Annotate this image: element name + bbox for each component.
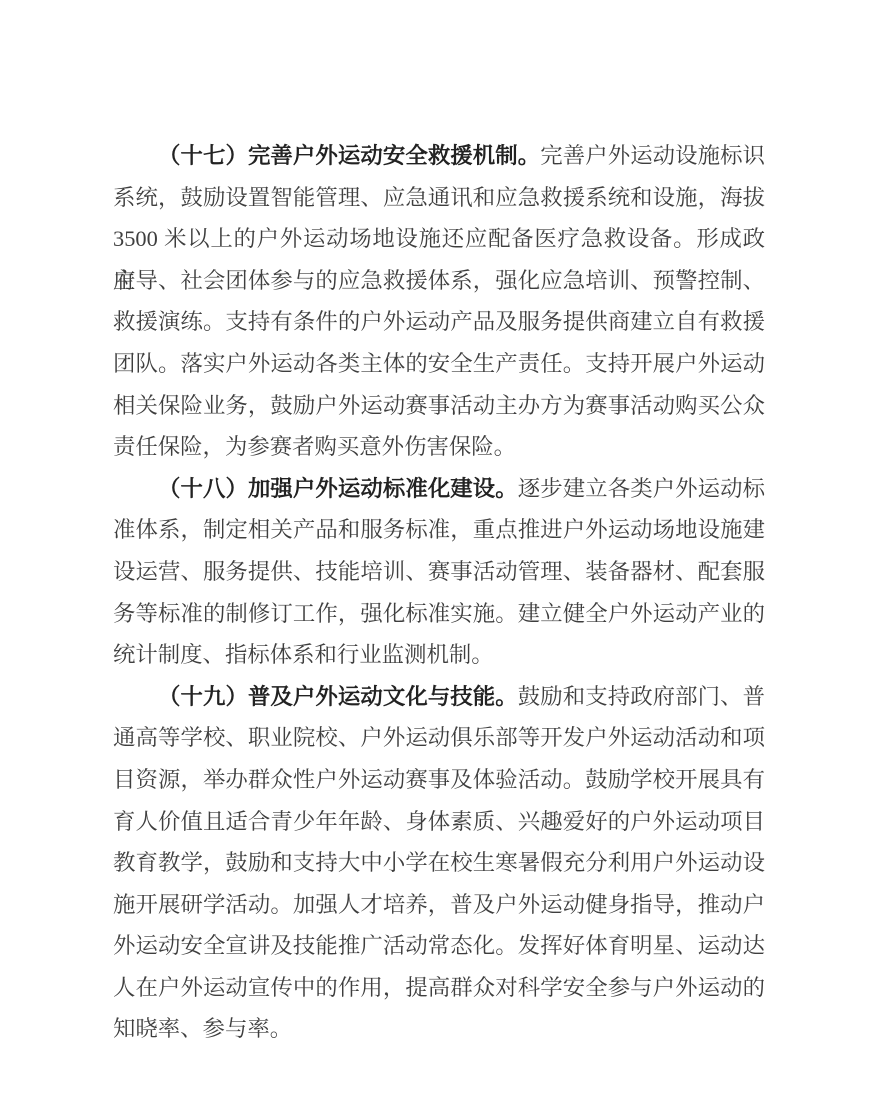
text-line: 外运动安全宣讲及技能推广活动常态化。发挥好体育明星、运动达 [113, 925, 765, 967]
text-line: 责任保险，为参赛者购买意外伤害保险。 [113, 426, 765, 468]
text-line: 知晓率、参与率。 [113, 1008, 765, 1050]
line-text: 统计制度、指标体系和行业监测机制。 [113, 642, 494, 667]
text-line: 统计制度、指标体系和行业监测机制。 [113, 634, 765, 676]
text-line: 人在户外运动宣传中的作用，提高群众对科学安全参与户外运动的 [113, 967, 765, 1009]
line-text: 救援演练。支持有条件的户外运动产品及服务提供商建立自有救援 [113, 309, 765, 334]
line-text: 鼓励和支持政府部门、普 [518, 684, 765, 709]
line-text: 育人价值且适合青少年年龄、身体素质、兴趣爱好的户外运动项目 [113, 809, 765, 834]
line-text: 人在户外运动宣传中的作用，提高群众对科学安全参与户外运动的 [113, 975, 765, 1000]
text-line: 主导、社会团体参与的应急救援体系，强化应急培训、预警控制、 [113, 260, 765, 302]
text-line: （十七）完善户外运动安全救援机制。完善户外运动设施标识 [113, 135, 765, 177]
line-text: 外运动安全宣讲及技能推广活动常态化。发挥好体育明星、运动达 [113, 933, 765, 958]
section-heading: （十八）加强户外运动标准化建设。 [158, 476, 518, 501]
line-text: 主导、社会团体参与的应急救援体系，强化应急培训、预警控制、 [113, 268, 765, 293]
text-line: 施开展研学活动。加强人才培养，普及户外运动健身指导，推动户 [113, 884, 765, 926]
text-line: （十九）普及户外运动文化与技能。鼓励和支持政府部门、普 [113, 676, 765, 718]
text-line: 准体系，制定相关产品和服务标准，重点推进户外运动场地设施建 [113, 509, 765, 551]
text-line: 育人价值且适合青少年年龄、身体素质、兴趣爱好的户外运动项目 [113, 801, 765, 843]
line-text: 知晓率、参与率。 [113, 1016, 292, 1041]
line-text: 施开展研学活动。加强人才培养，普及户外运动健身指导，推动户 [113, 892, 765, 917]
line-text: 系统，鼓励设置智能管理、应急通讯和应急救援系统和设施，海拔 [113, 185, 765, 210]
line-text: 完善户外运动设施标识 [540, 143, 765, 168]
line-text: 目资源，举办群众性户外运动赛事及体验活动。鼓励学校开展具有 [113, 767, 765, 792]
text-line: 相关保险业务，鼓励户外运动赛事活动主办方为赛事活动购买公众 [113, 385, 765, 427]
line-text: 设运营、服务提供、技能培训、赛事活动管理、装备器材、配套服 [113, 559, 765, 584]
line-text: 团队。落实户外运动各类主体的安全生产责任。支持开展户外运动 [113, 351, 765, 376]
line-text: 务等标准的制修订工作，强化标准实施。建立健全户外运动产业的 [113, 601, 765, 626]
document-page: （十七）完善户外运动安全救援机制。完善户外运动设施标识系统，鼓励设置智能管理、应… [0, 0, 879, 1120]
text-line: 通高等学校、职业院校、户外运动俱乐部等开发户外运动活动和项 [113, 717, 765, 759]
text-line: 系统，鼓励设置智能管理、应急通讯和应急救援系统和设施，海拔 [113, 177, 765, 219]
text-line: 救援演练。支持有条件的户外运动产品及服务提供商建立自有救援 [113, 301, 765, 343]
line-text: 逐步建立各类户外运动标 [518, 476, 765, 501]
line-text: 责任保险，为参赛者购买意外伤害保险。 [113, 434, 516, 459]
document-body: （十七）完善户外运动安全救援机制。完善户外运动设施标识系统，鼓励设置智能管理、应… [113, 135, 765, 1050]
text-line: 3500 米以上的户外运动场地设施还应配备医疗急救设备。形成政府 [113, 218, 765, 260]
line-text: 通高等学校、职业院校、户外运动俱乐部等开发户外运动活动和项 [113, 725, 765, 750]
text-line: 设运营、服务提供、技能培训、赛事活动管理、装备器材、配套服 [113, 551, 765, 593]
text-line: 团队。落实户外运动各类主体的安全生产责任。支持开展户外运动 [113, 343, 765, 385]
text-line: 目资源，举办群众性户外运动赛事及体验活动。鼓励学校开展具有 [113, 759, 765, 801]
text-line: 教育教学，鼓励和支持大中小学在校生寒暑假充分利用户外运动设 [113, 842, 765, 884]
section-heading: （十七）完善户外运动安全救援机制。 [158, 143, 540, 168]
text-line: 务等标准的制修订工作，强化标准实施。建立健全户外运动产业的 [113, 593, 765, 635]
line-text: 教育教学，鼓励和支持大中小学在校生寒暑假充分利用户外运动设 [113, 850, 765, 875]
line-text: 准体系，制定相关产品和服务标准，重点推进户外运动场地设施建 [113, 517, 765, 542]
line-text: 相关保险业务，鼓励户外运动赛事活动主办方为赛事活动购买公众 [113, 393, 765, 418]
section-heading: （十九）普及户外运动文化与技能。 [158, 684, 518, 709]
text-line: （十八）加强户外运动标准化建设。逐步建立各类户外运动标 [113, 468, 765, 510]
